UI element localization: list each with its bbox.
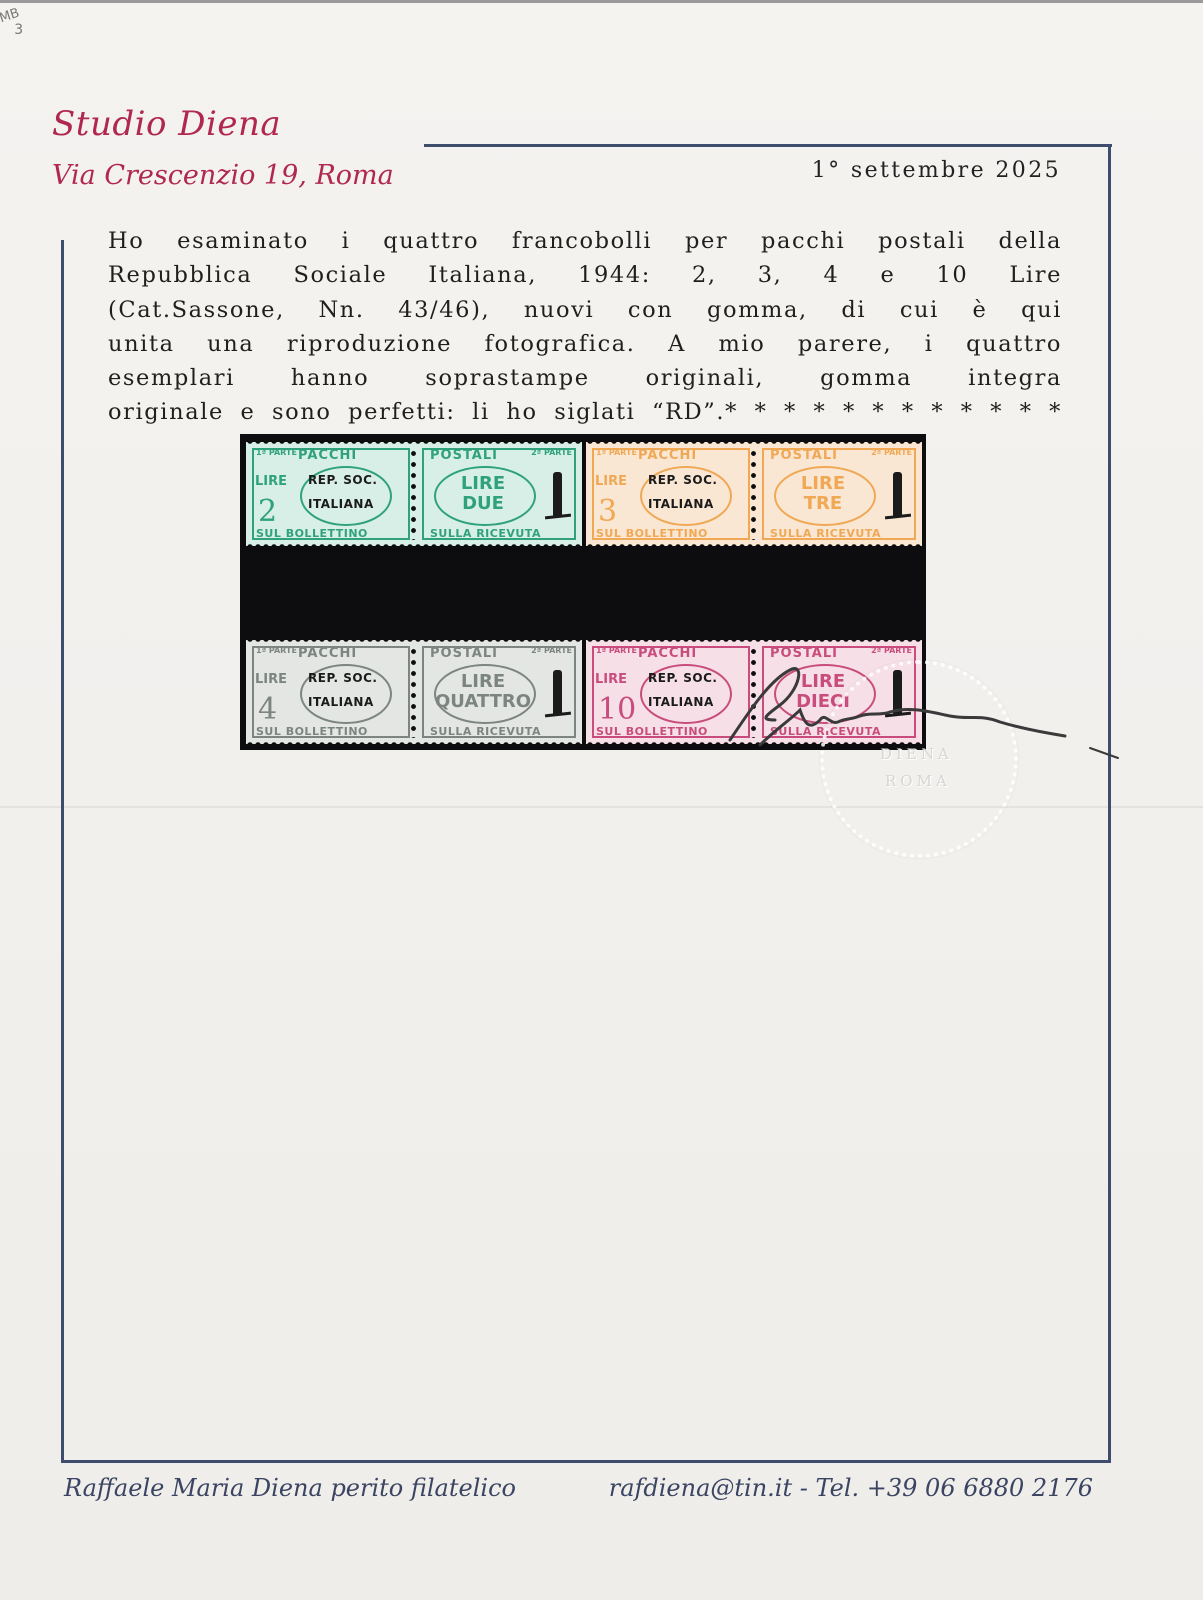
stamp-parte: 2ª PARTE — [531, 646, 572, 655]
fasces-overprint-icon — [893, 472, 902, 516]
fold-line — [0, 806, 1203, 808]
certificate-date: 1° settembre 2025 — [812, 158, 1061, 183]
footer-contact: rafdiena@tin.it - Tel. +39 06 6880 2176 — [609, 1474, 1093, 1502]
stamp-parte: 1ª PARTE — [256, 448, 297, 457]
stamp-parte: 2ª PARTE — [871, 646, 912, 655]
body-line: Repubblica Sociale Italiana, 1944: 2, 3,… — [108, 258, 1062, 292]
body-line: originale e sono perfetti: li ho siglati… — [108, 395, 1062, 429]
stamp-overprint: REP. SOC.ITALIANA — [308, 666, 377, 714]
frame-border-left — [61, 240, 64, 1462]
stamp-footer-left: SUL BOLLETTINO — [256, 725, 368, 738]
stamp-value-words: LIREDUE — [434, 474, 532, 514]
pencil-note-line: 3 — [14, 22, 24, 38]
stamp-value: 4 — [258, 692, 277, 727]
stamp-footer-left: SUL BOLLETTINO — [596, 725, 708, 738]
letterhead-address: Via Crescenzio 19, Roma — [52, 160, 394, 191]
stamp-footer-right: SULLA RICEVUTA — [770, 527, 881, 540]
stamp-parte: 2ª PARTE — [531, 448, 572, 457]
stamp-parte: 2ª PARTE — [871, 448, 912, 457]
stamp-header-right: POSTALI — [770, 448, 838, 463]
stamp-footer-right: SULLA RICEVUTA — [430, 527, 541, 540]
stamp-header-right: POSTALI — [430, 448, 498, 463]
stamp-parte: 1ª PARTE — [596, 646, 637, 655]
stamps-photo: 1ª PARTE PACCHI POSTALI 2ª PARTE LIRE 2 … — [240, 434, 926, 750]
stamp-lire-label: LIRE — [255, 474, 287, 489]
stamp-overprint: REP. SOC.ITALIANA — [308, 468, 377, 516]
stamp-value: 3 — [598, 494, 617, 529]
stamp-header-right: POSTALI — [770, 646, 838, 661]
body-line: esemplari hanno soprastampe originali, g… — [108, 361, 1062, 395]
stamp-footer-left: SUL BOLLETTINO — [256, 527, 368, 540]
body-line: unita una riproduzione fotografica. A mi… — [108, 327, 1062, 361]
stamp-overprint: REP. SOC.ITALIANA — [648, 468, 717, 516]
letterhead-name: Studio Diena — [52, 104, 281, 144]
body-line: Ho esaminato i quattro francobolli per p… — [108, 224, 1062, 258]
stamp-header-left: PACCHI — [298, 646, 357, 661]
stamp-header-right: POSTALI — [430, 646, 498, 661]
stamp-header-left: PACCHI — [638, 448, 697, 463]
stamp-header-left: PACCHI — [638, 646, 697, 661]
body-line: (Cat.Sassone, Nn. 43/46), nuovi con gomm… — [108, 293, 1062, 327]
seal-text: DIENA — [880, 745, 953, 763]
stamp-parte: 1ª PARTE — [256, 646, 297, 655]
stamp-pair: 1ª PARTE PACCHI POSTALI 2ª PARTE LIRE 3 … — [586, 442, 922, 546]
stamp-overprint: REP. SOC.ITALIANA — [648, 666, 717, 714]
stamp-value: 10 — [598, 692, 636, 727]
stamp-pair: 1ª PARTE PACCHI POSTALI 2ª PARTE LIRE 4 … — [246, 640, 582, 744]
stamp-pair: 1ª PARTE PACCHI POSTALI 2ª PARTE LIRE 2 … — [246, 442, 582, 546]
stamp-lire-label: LIRE — [595, 672, 627, 687]
frame-border-bottom — [61, 1460, 1111, 1463]
footer-expert-name: Raffaele Maria Diena perito filatelico — [64, 1474, 516, 1502]
stamp-footer-left: SUL BOLLETTINO — [596, 527, 708, 540]
stamp-value-words: LIRETRE — [774, 474, 872, 514]
stamp-parte: 1ª PARTE — [596, 448, 637, 457]
stamp-header-left: PACCHI — [298, 448, 357, 463]
fasces-overprint-icon — [553, 670, 562, 714]
stamp-value: 2 — [258, 494, 277, 529]
stamp-lire-label: LIRE — [595, 474, 627, 489]
certificate-body: Ho esaminato i quattro francobolli per p… — [108, 224, 1062, 430]
stamp-lire-label: LIRE — [255, 672, 287, 687]
fasces-overprint-icon — [553, 472, 562, 516]
frame-border-top — [424, 144, 1112, 147]
seal-text: ROMA — [885, 772, 951, 790]
stamp-value-words: LIREQUATTRO — [434, 672, 532, 712]
scan-edge — [0, 0, 1203, 3]
frame-border-right — [1108, 144, 1111, 1462]
stamp-footer-right: SULLA RICEVUTA — [430, 725, 541, 738]
